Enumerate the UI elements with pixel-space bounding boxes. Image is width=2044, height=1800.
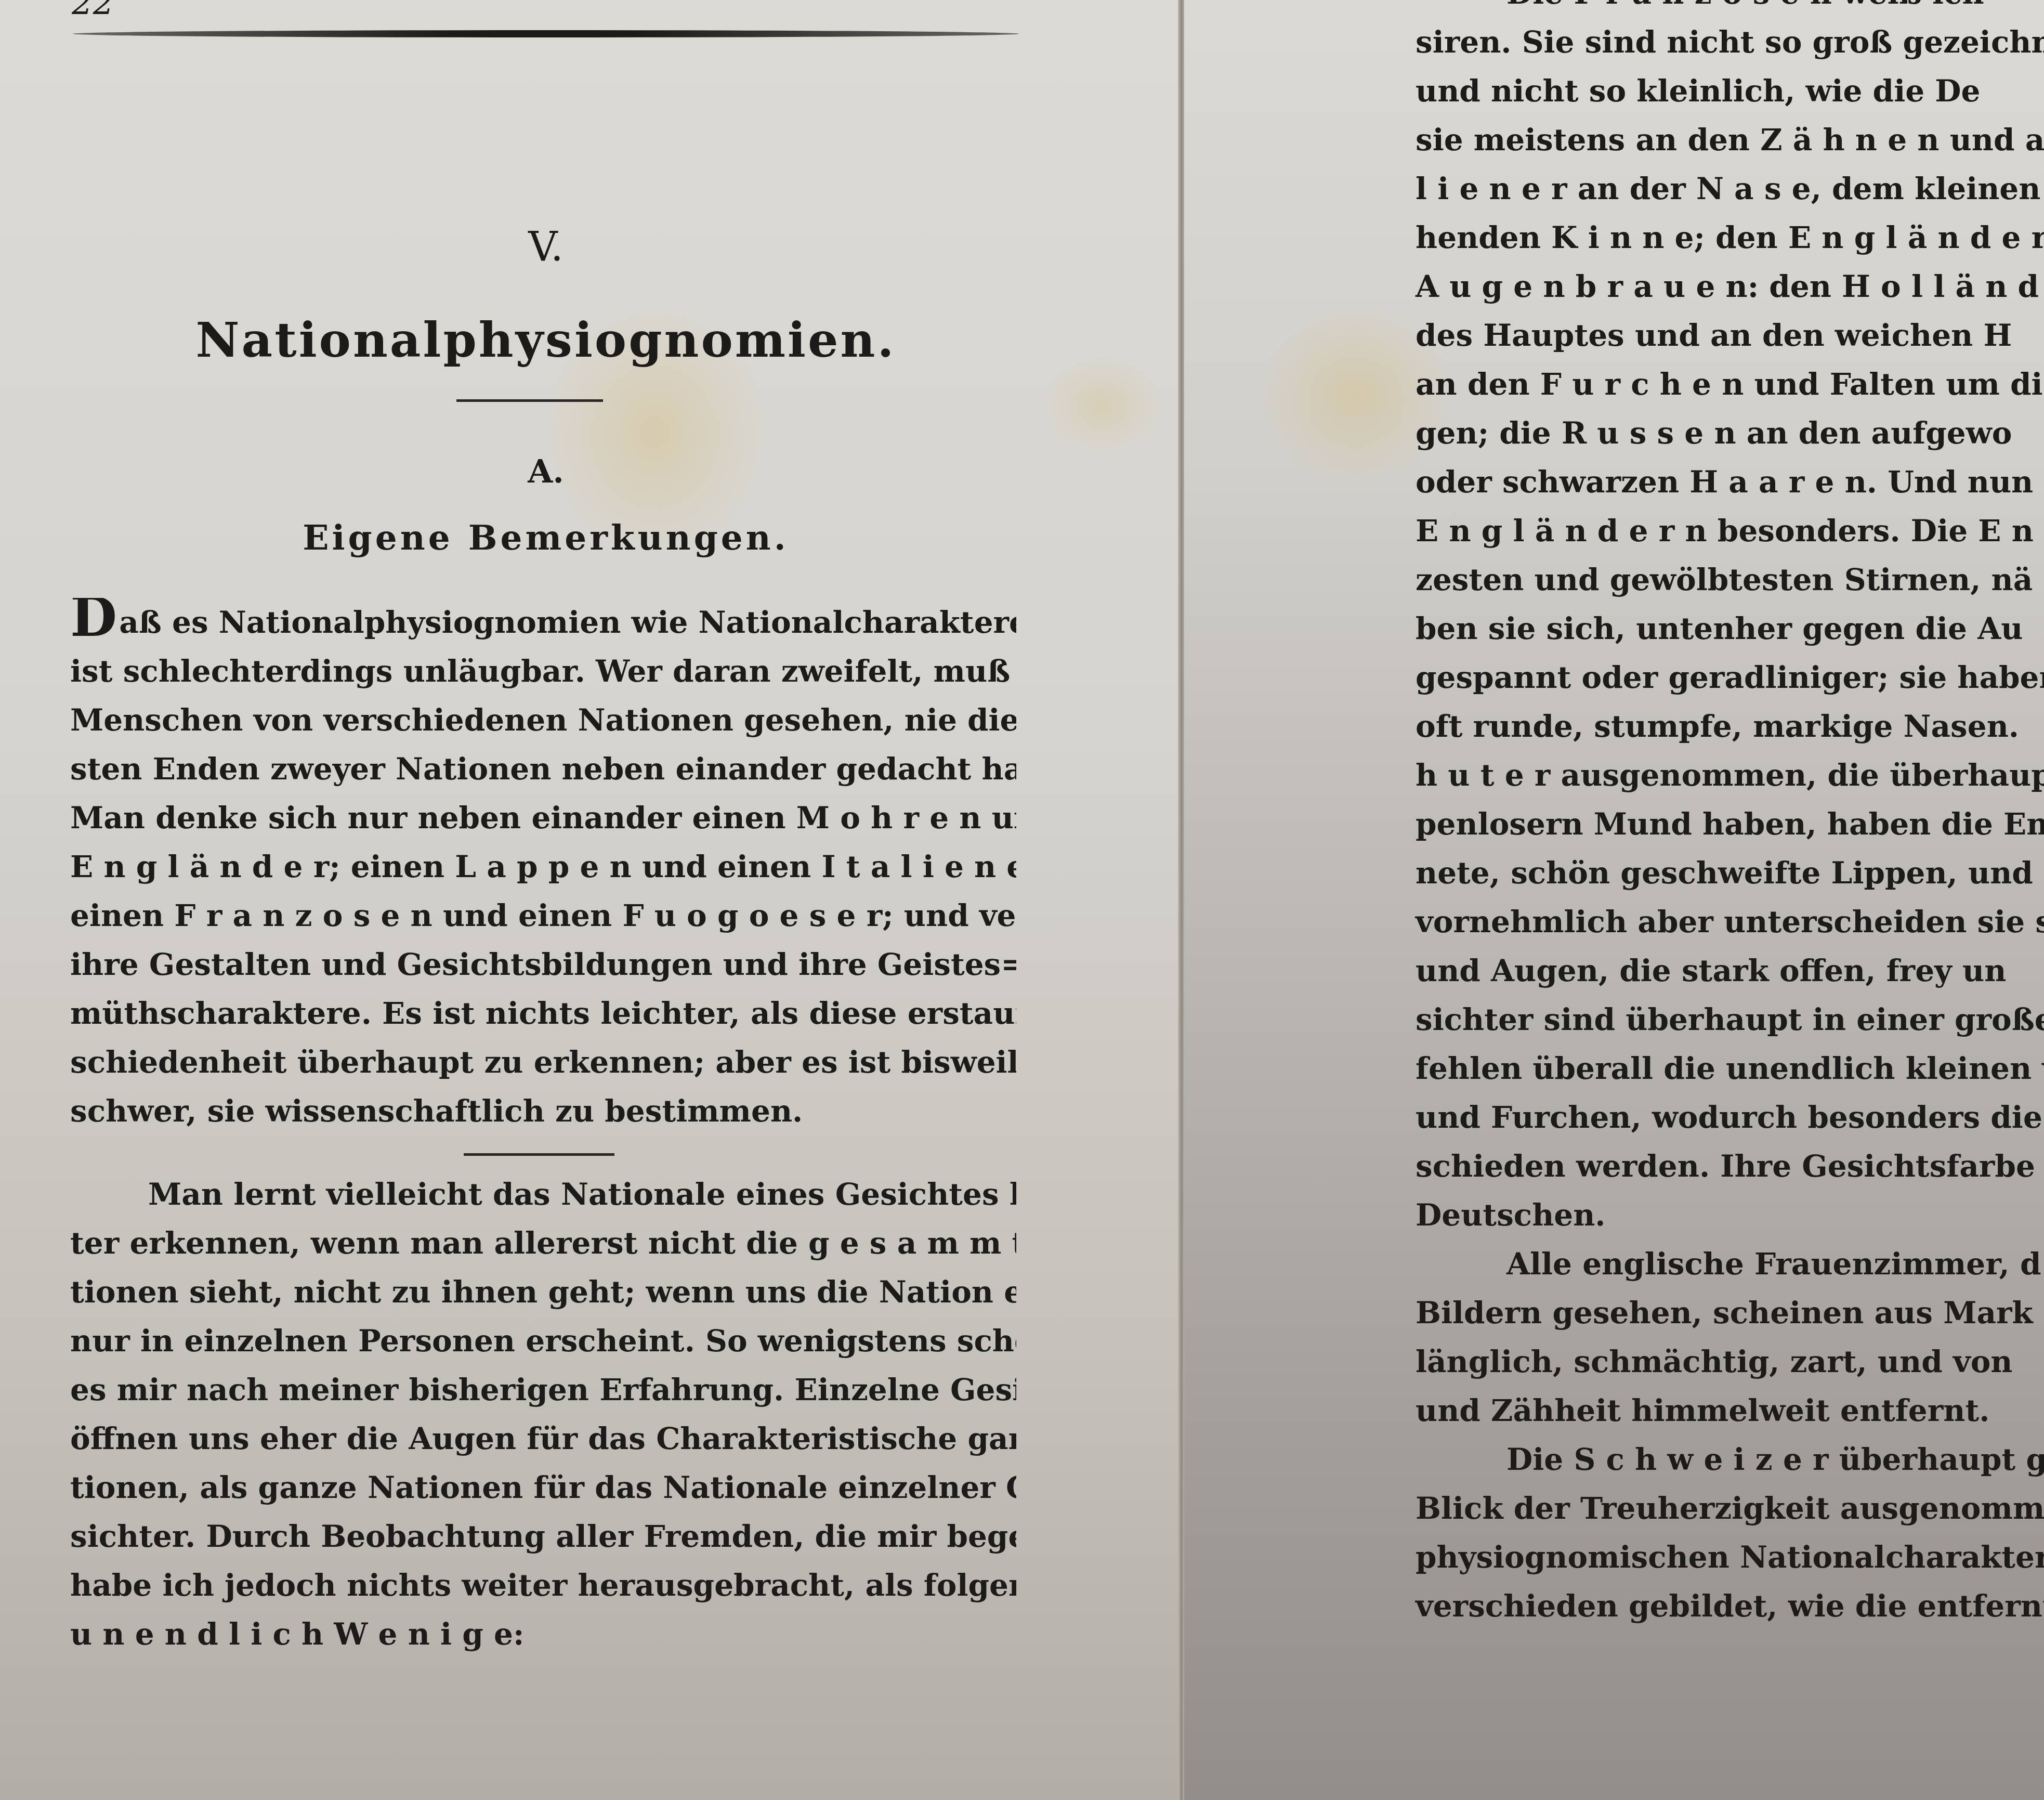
- text-line: A u g e n b r a u e n: den H o l l ä n d…: [1416, 262, 2044, 311]
- text-line: oder schwarzen H a a r e n. Und nun: [1416, 458, 2044, 506]
- text-line: siren. Sie sind nicht so groß gezeichnet: [1416, 18, 2044, 67]
- text-line: und nicht so kleinlich, wie die De: [1416, 67, 2044, 115]
- text-line: ter erkennen, wenn man allererst nicht d…: [70, 1219, 1016, 1268]
- text-line: an den F u r c h e n und Falten um die: [1416, 360, 2044, 409]
- text-line: Man lernt vielleicht das Nationale eines…: [70, 1170, 1016, 1219]
- text-line: E n g l ä n d e r n besonders. Die E n g: [1416, 506, 2044, 555]
- text-line: henden K i n n e; den E n g l ä n d e r: [1416, 213, 2044, 262]
- section-title: Eigene Bemerkungen.: [73, 517, 1019, 558]
- paragraph-divider: [464, 1153, 614, 1156]
- text-line: oft runde, stumpfe, markige Nasen.: [1416, 702, 2044, 751]
- text-line: länglich, schmächtig, zart, und von: [1416, 1337, 2044, 1386]
- text-line: und Furchen, wodurch besonders die: [1416, 1093, 2044, 1142]
- book-spread: 22 V. Nationalphysiognomien. A. Eigene B…: [0, 0, 2044, 1800]
- text-line: E n g l ä n d e r; einen L a p p e n und…: [70, 842, 1016, 891]
- text-line: vornehmlich aber unterscheiden sie sich: [1416, 897, 2044, 946]
- section-letter: A.: [73, 452, 1019, 490]
- text-line: physiognomischen Nationalcharakter.: [1416, 1533, 2044, 1582]
- text-line: nur in einzelnen Personen erscheint. So …: [70, 1316, 1016, 1365]
- text-line: schieden werden. Ihre Gesichtsfarbe: [1416, 1142, 2044, 1191]
- text-line: es mir nach meiner bisherigen Erfahrung.…: [70, 1365, 1016, 1414]
- paragraph-2: Man lernt vielleicht das Nationale eines…: [70, 1170, 1016, 1659]
- text-line: schiedenheit überhaupt zu erkennen; aber…: [70, 1038, 1016, 1087]
- text-line: sie meistens an den Z ä h n e n und an: [1416, 115, 2044, 164]
- text-line: ist schlechterdings unläugbar. Wer daran…: [70, 647, 1016, 696]
- text-line: öffnen uns eher die Augen für das Charak…: [70, 1414, 1016, 1463]
- text-line: Man denke sich nur neben einander einen …: [70, 793, 1016, 842]
- text-line: nete, schön geschweifte Lippen, und: [1416, 849, 2044, 897]
- chapter-number: V.: [73, 224, 1019, 270]
- text-line: Die F r a n z o s e n weiß ich: [1416, 0, 2044, 18]
- right-page-text: Die F r a n z o s e n weiß ich siren. Si…: [1416, 0, 2044, 1631]
- chapter-title: Nationalphysiognomien.: [73, 312, 1019, 368]
- page-number: 22: [72, 0, 114, 23]
- text-line: sichter sind überhaupt in einer großen: [1416, 995, 2044, 1044]
- text-line: verschieden gebildet, wie die entferntes: [1416, 1582, 2044, 1631]
- text-line: sten Enden zweyer Nationen neben einande…: [70, 745, 1016, 793]
- text-line: ihre Gestalten und Gesichtsbildungen und…: [70, 940, 1016, 989]
- header-rule: [73, 30, 1019, 37]
- title-divider: [456, 399, 603, 402]
- text-line: und Zähheit himmelweit entfernt.: [1416, 1386, 2044, 1435]
- text-line: Menschen von verschiedenen Nationen gese…: [70, 696, 1016, 745]
- text-line: Deutschen.: [1416, 1191, 2044, 1240]
- text-line: penlosern Mund haben, haben die Engl: [1416, 800, 2044, 849]
- text-line: Alle englische Frauenzimmer, d: [1416, 1240, 2044, 1288]
- text-line: tionen sieht, nicht zu ihnen geht; wenn …: [70, 1268, 1016, 1316]
- text-line: gen; die R u s s e n an den aufgewo: [1416, 409, 2044, 458]
- text-line: Blick der Treuherzigkeit ausgenomm: [1416, 1484, 2044, 1533]
- text-line: schwer, sie wissenschaftlich zu bestimme…: [70, 1087, 1016, 1136]
- text-line: u n e n d l i c h W e n i g e:: [70, 1610, 1016, 1659]
- text-line: einen F r a n z o s e n und einen F u o …: [70, 891, 1016, 940]
- text-line: des Hauptes und an den weichen H: [1416, 311, 2044, 360]
- text-line: tionen, als ganze Nationen für das Natio…: [70, 1463, 1016, 1512]
- text-line: sichter. Durch Beobachtung aller Fremden…: [70, 1512, 1016, 1561]
- text-line: ben sie sich, untenher gegen die Au: [1416, 604, 2044, 653]
- text-line: müthscharaktere. Es ist nichts leichter,…: [70, 989, 1016, 1038]
- text-line: und Augen, die stark offen, frey un: [1416, 946, 2044, 995]
- text-line: zesten und gewölbtesten Stirnen, nä: [1416, 555, 2044, 604]
- text-line: Daß es Nationalphysiognomien wie Nationa…: [70, 598, 1016, 647]
- left-page: 22 V. Nationalphysiognomien. A. Eigene B…: [0, 0, 1181, 1800]
- text-line: h u t e r ausgenommen, die überhaupt: [1416, 751, 2044, 800]
- text-line: Die S c h w e i z e r überhaupt g: [1416, 1435, 2044, 1484]
- paragraph-1: Daß es Nationalphysiognomien wie Nationa…: [70, 598, 1016, 1136]
- text-line: Bildern gesehen, scheinen aus Mark u: [1416, 1288, 2044, 1337]
- text-line: gespannt oder geradliniger; sie haben: [1416, 653, 2044, 702]
- text-line: l i e n e r an der N a s e, dem kleinen: [1416, 164, 2044, 213]
- text-line: habe ich jedoch nichts weiter herausgebr…: [70, 1561, 1016, 1610]
- drop-cap: D: [70, 598, 117, 647]
- right-page: Die F r a n z o s e n weiß ich siren. Si…: [1184, 0, 2044, 1800]
- text-line: fehlen überall die unendlich kleinen v: [1416, 1044, 2044, 1093]
